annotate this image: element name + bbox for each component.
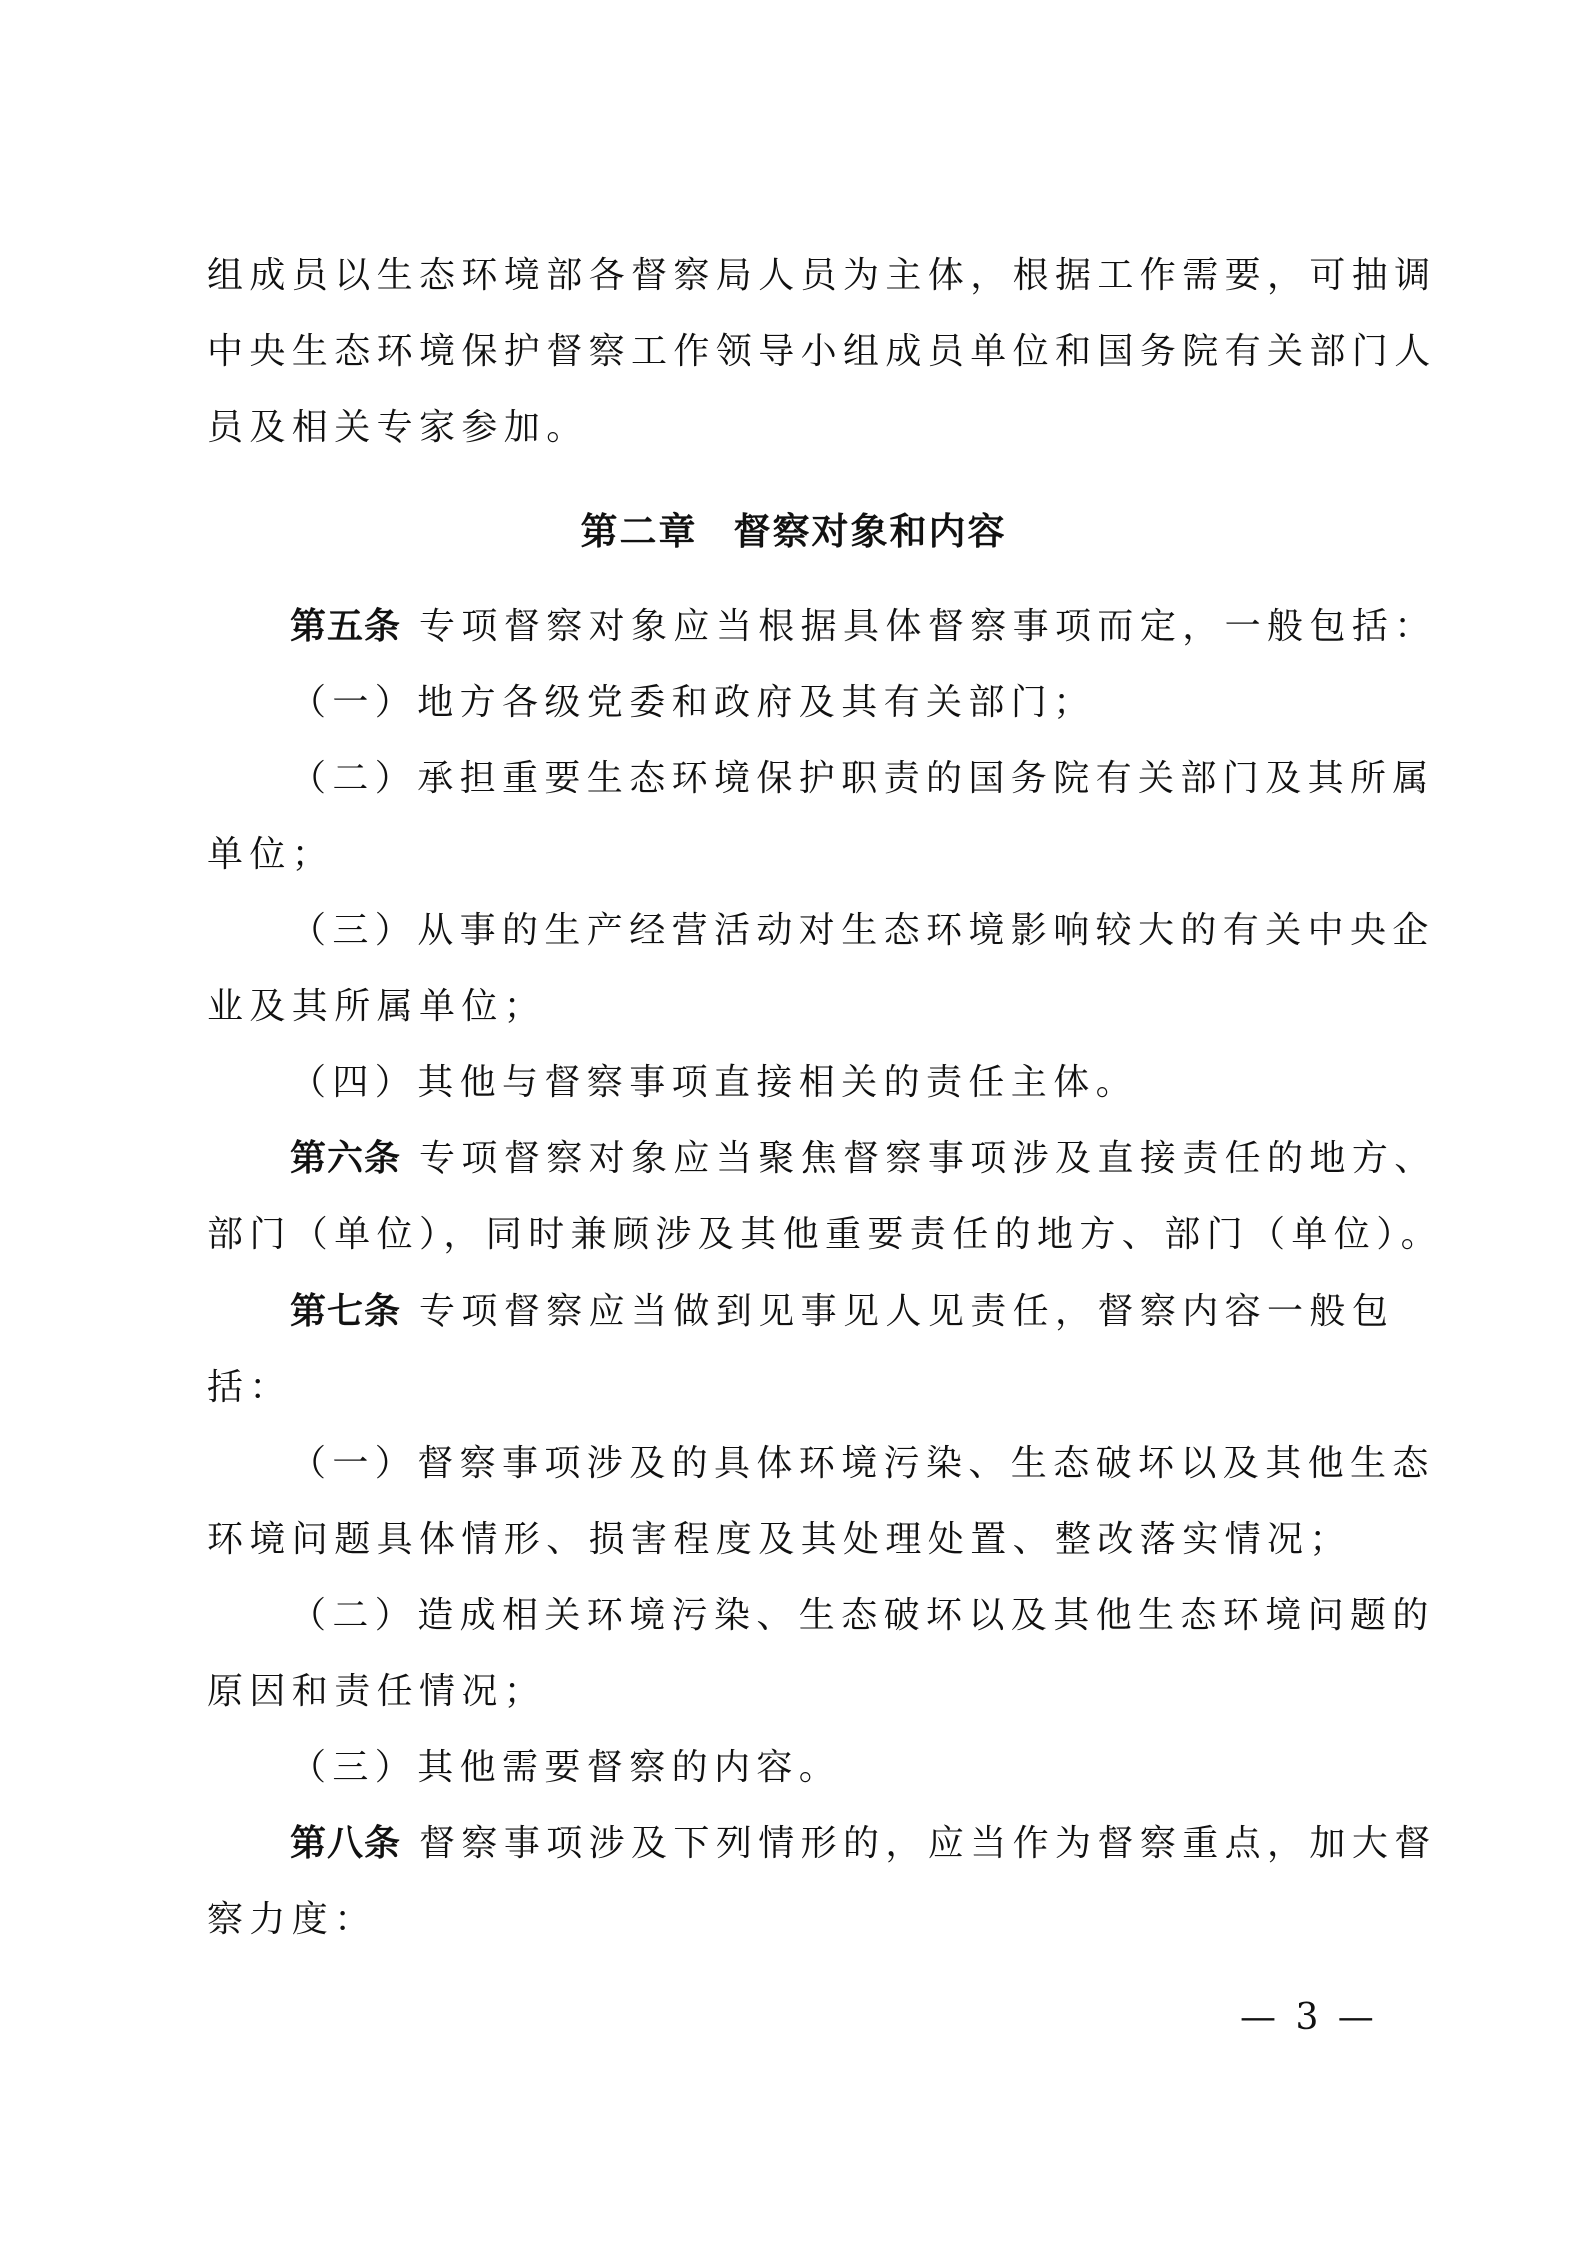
- article-6: 第六条专项督察对象应当聚焦督察事项涉及直接责任的地方、: [290, 1137, 1387, 1181]
- article-label: 第六条: [290, 1138, 401, 1179]
- paragraph-line: 员及相关专家参加。: [207, 406, 1387, 450]
- article-continuation: 部门（单位），同时兼顾涉及其他重要责任的地方、部门（单位）。: [207, 1213, 1387, 1257]
- list-item: （一）督察事项涉及的具体环境污染、生态破坏以及其他生态: [290, 1442, 1387, 1486]
- chapter-heading: 第二章督察对象和内容: [0, 510, 1587, 554]
- page-number: — 3 —: [1240, 1996, 1378, 2040]
- list-item: （四）其他与督察事项直接相关的责任主体。: [290, 1061, 1387, 1105]
- article-continuation: 括：: [207, 1366, 1387, 1410]
- list-item: （三）从事的生产经营活动对生态环境影响较大的有关中央企: [290, 909, 1387, 953]
- paragraph-line: 组成员以生态环境部各督察局人员为主体，根据工作需要，可抽调: [207, 254, 1387, 298]
- list-item: （二）造成相关环境污染、生态破坏以及其他生态环境问题的: [290, 1594, 1387, 1638]
- document-page: 组成员以生态环境部各督察局人员为主体，根据工作需要，可抽调 中央生态环境保护督察…: [0, 0, 1587, 2245]
- article-label: 第五条: [290, 606, 401, 647]
- article-label: 第七条: [290, 1291, 401, 1332]
- article-7: 第七条专项督察应当做到见事见人见责任，督察内容一般包: [290, 1290, 1387, 1334]
- article-text: 督察事项涉及下列情形的，应当作为督察重点，加大督: [419, 1823, 1437, 1864]
- article-5: 第五条专项督察对象应当根据具体督察事项而定，一般包括：: [290, 605, 1387, 649]
- article-continuation: 察力度：: [207, 1898, 1387, 1942]
- article-text: 专项督察应当做到见事见人见责任，督察内容一般包: [419, 1291, 1394, 1332]
- list-item-continuation: 环境问题具体情形、损害程度及其处理处置、整改落实情况；: [207, 1518, 1387, 1562]
- list-item-continuation: 单位；: [207, 833, 1387, 877]
- list-item-continuation: 业及其所属单位；: [207, 985, 1387, 1029]
- article-text: 专项督察对象应当根据具体督察事项而定，一般包括：: [419, 606, 1437, 647]
- article-label: 第八条: [290, 1823, 401, 1864]
- list-item: （二）承担重要生态环境保护职责的国务院有关部门及其所属: [290, 757, 1387, 801]
- list-item: （一）地方各级党委和政府及其有关部门；: [290, 681, 1387, 725]
- chapter-number: 第二章: [581, 510, 698, 553]
- chapter-title: 督察对象和内容: [734, 510, 1007, 553]
- list-item: （三）其他需要督察的内容。: [290, 1746, 1387, 1790]
- article-text: 专项督察对象应当聚焦督察事项涉及直接责任的地方、: [419, 1138, 1437, 1179]
- article-8: 第八条督察事项涉及下列情形的，应当作为督察重点，加大督: [290, 1822, 1387, 1866]
- list-item-continuation: 原因和责任情况；: [207, 1670, 1387, 1714]
- paragraph-line: 中央生态环境保护督察工作领导小组成员单位和国务院有关部门人: [207, 330, 1387, 374]
